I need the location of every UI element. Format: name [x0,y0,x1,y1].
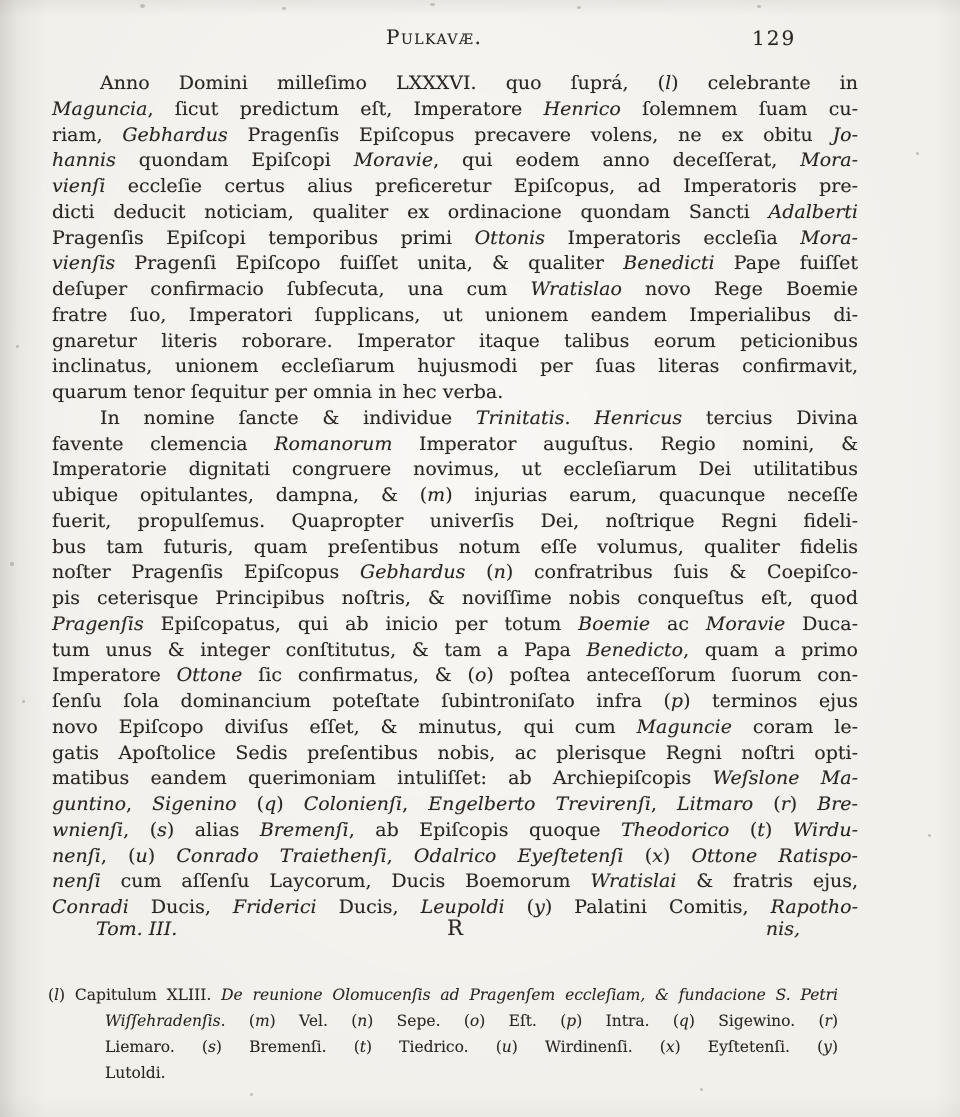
text-line: Pragenſis Epiſcopatus, qui ab inicio per… [52,612,858,638]
catchword: nis, [766,918,800,940]
text-line: Imperatore Ottone ſic confirmatus, & (o)… [52,663,858,689]
page-footer: Tom. III. R nis, [52,916,858,946]
scan-speck [282,7,286,10]
text-line: riam, Gebhardus Pragenſis Epiſcopus prec… [52,123,858,149]
text-line: gatis Apoſtolice Sedis preſentibus nobis… [52,741,858,767]
scan-speck [430,3,435,6]
text-line: Anno Domini milleſimo LXXXVI. quo ſuprá,… [52,71,858,97]
page-number: 129 [752,26,796,50]
signature-mark: R [447,916,463,940]
text-line: wnienſi, (s) alias Bremenſi, ab Epiſcopi… [52,818,858,844]
text-line: Imperatorie dignitati congruere novimus,… [52,457,858,483]
running-title: Pulkavæ. [386,25,482,49]
footnotes-block: (l) Capitulum XLIII. De reunione Olomuce… [48,982,838,1086]
text-line: tum unus & integer conſtitutus, & tam a … [52,638,858,664]
footnote-line: Wiſſehradenſis. (m) Vel. (n) Sepe. (o) E… [105,1008,838,1034]
text-line: pis ceterisque Principibus noſtris, & no… [52,586,858,612]
footnote-line: (l) Capitulum XLIII. De reunione Olomuce… [48,982,838,1008]
text-line: vienſis Pragenſi Epiſcopo fuiſſet unita,… [52,251,858,277]
scan-speck [928,834,931,837]
text-line: guntino, Sigenino (q) Colonienſi, Engelb… [52,792,858,818]
text-line: dicti deducit noticiam, qualiter ex ordi… [52,200,858,226]
volume-label: Tom. III. [96,918,177,940]
scan-speck [10,562,14,566]
footnote-line: Lutoldi. [105,1060,838,1086]
text-line: fratre ſuo, Imperatori ſupplicans, ut un… [52,303,858,329]
text-line: nenſi, (u) Conrado Traiethenſi, Odalrico… [52,844,858,870]
text-line: fuerit, propulſemus. Quapropter univerſi… [52,509,858,535]
scan-speck [916,152,919,155]
text-line: ſenſu ſola dominancium poteſtate ſubintr… [52,689,858,715]
scan-speck [22,700,25,703]
text-line: favente clemencia Romanorum Imperator au… [52,432,858,458]
text-line: bus tam futuris, quam preſentibus notum … [52,535,858,561]
scan-speck [577,6,581,9]
book-page-scan: Pulkavæ. 129 Anno Domini milleſimo LXXXV… [0,0,960,1117]
scan-speck [757,5,761,8]
text-line: nenſi cum aſſenſu Laycorum, Ducis Boemor… [52,869,858,895]
text-line: In nomine ſancte & individue Trinitatis.… [52,406,858,432]
text-line: vienſi eccleſie certus alius preficeretu… [52,174,858,200]
text-line: quarum tenor ſequitur per omnia in hec v… [52,380,858,406]
text-line: hannis quondam Epiſcopi Moravie, qui eod… [52,148,858,174]
text-line: ubique opitulantes, dampna, & (m) injuri… [52,483,858,509]
text-line: novo Epiſcopo diviſus eſſet, & minutus, … [52,715,858,741]
text-line: gnaretur literis roborare. Imperator ita… [52,329,858,355]
text-line: matibus eandem querimoniam intuliſſet: a… [52,766,858,792]
footnote-line: Liemaro. (s) Bremenſi. (t) Tiedrico. (u)… [105,1034,838,1060]
text-line: inclinatus, unionem eccleſiarum hujusmod… [52,354,858,380]
scan-speck [250,1093,253,1096]
text-line: deſuper confirmacio ſubſecuta, una cum W… [52,277,858,303]
scan-speck [16,345,19,348]
text-line: Maguncia, ſicut predictum eſt, Imperator… [52,97,858,123]
scan-speck [140,4,145,8]
scan-speck [700,1088,703,1091]
text-line: noſter Pragenſis Epiſcopus Gebhardus (n)… [52,560,858,586]
text-line: Pragenſis Epiſcopi temporibus primi Otto… [52,226,858,252]
main-text-block: Anno Domini milleſimo LXXXVI. quo ſuprá,… [52,71,858,921]
